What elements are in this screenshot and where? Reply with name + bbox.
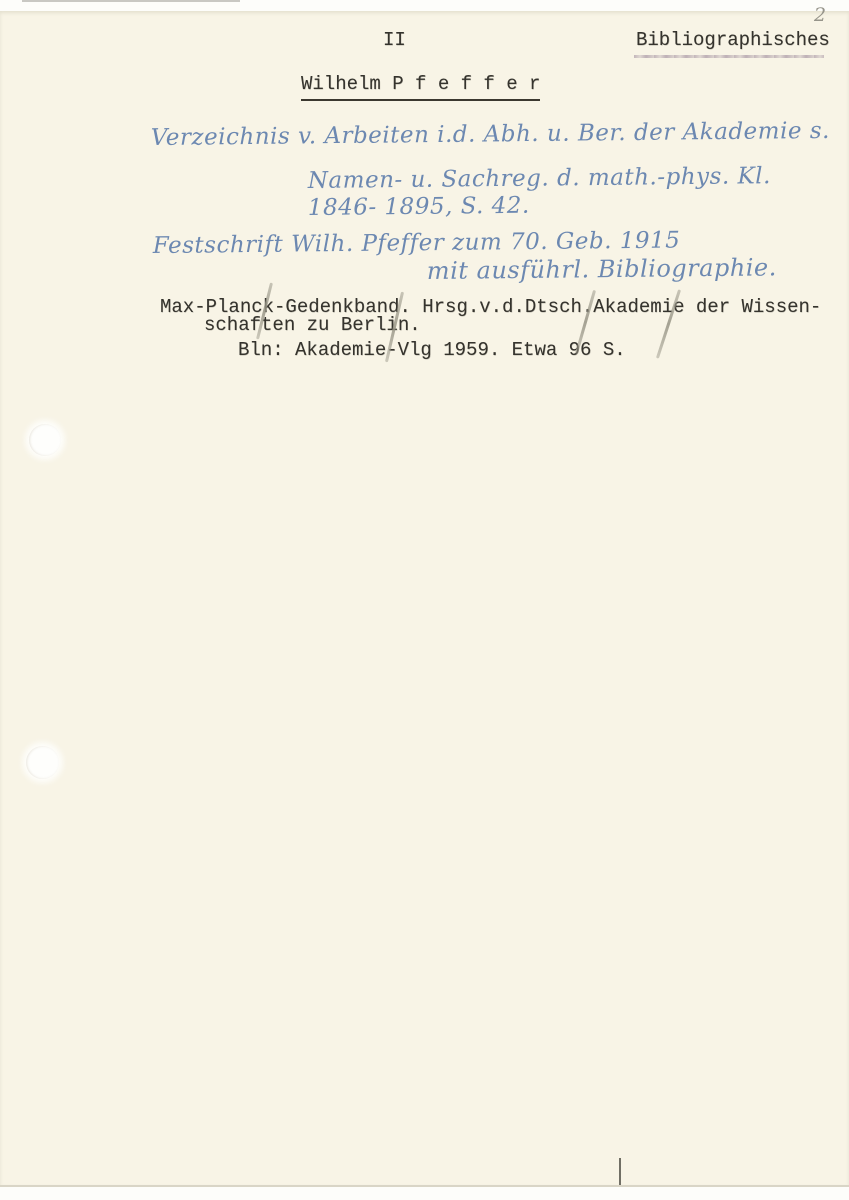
handwritten-line-3: 1846- 1895, S. 42. <box>308 193 530 221</box>
typed-entry-line-3: Bln: Akademie-Vlg 1959. Etwa 96 S. <box>238 339 626 361</box>
punch-hole-bottom <box>26 746 59 779</box>
typed-entry-line-2: schaften zu Berlin. <box>204 314 421 336</box>
scanner-edge-artifact <box>22 0 240 2</box>
punch-hole-top <box>29 424 61 456</box>
section-number: II <box>383 29 406 51</box>
page-title: Wilhelm P f e f f e r <box>301 73 540 101</box>
scanned-page: 2 II Bibliographisches Wilhelm P f e f f… <box>0 0 849 1200</box>
handwritten-line-2: Namen- u. Sachreg. d. math.-phys. Kl. <box>308 163 771 194</box>
header-right-underline <box>634 55 824 58</box>
header-right-label: Bibliographisches <box>636 29 830 51</box>
bottom-edge-pencil-tick <box>619 1158 621 1185</box>
pencil-sheet-number: 2 <box>814 4 826 26</box>
handwritten-line-5: mit ausführl. Bibliographie. <box>427 253 777 285</box>
